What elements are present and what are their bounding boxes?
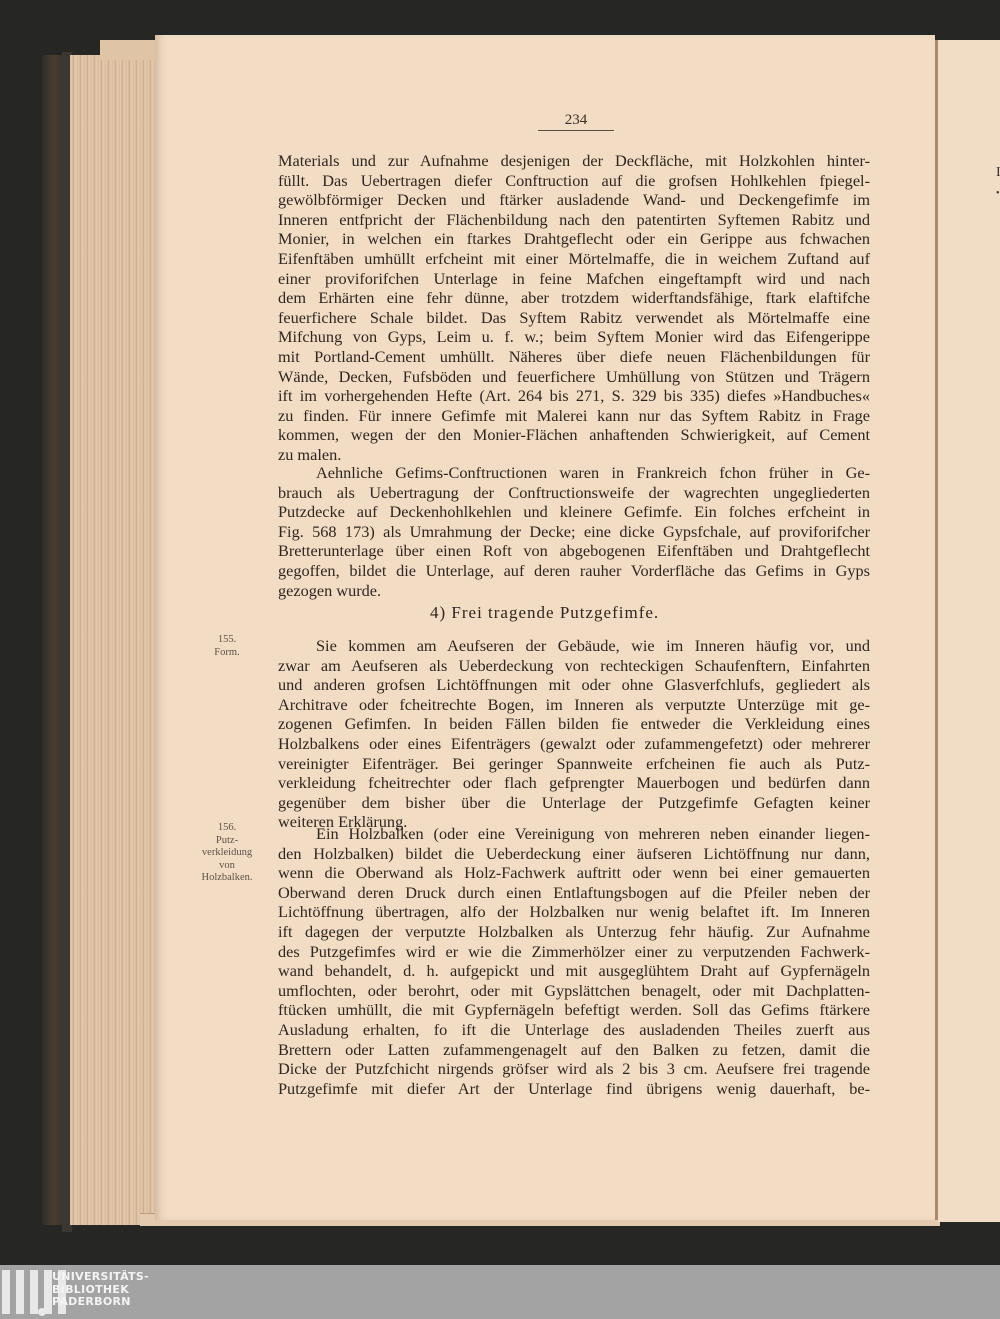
text-line: gegenüber dem bisher über die Unterlage … — [278, 793, 870, 813]
text-line: Aehnliche Gefims-Conftructionen waren in… — [278, 463, 870, 483]
text-line: Holzbalkens oder eines Eifenträgers (gew… — [278, 734, 870, 754]
text-line: verkleidung fcheitrechter oder flach gef… — [278, 773, 870, 793]
facing-page-glyph: • — [996, 188, 1000, 199]
margin-note-label: Holzbalken. — [192, 872, 262, 885]
text-line: Oberwand deren Druck durch einen Entlaft… — [278, 883, 870, 903]
text-line: kommen, wegen der den Monier-Flächen anh… — [278, 425, 870, 445]
paragraph-1: Materials und zur Aufnahme desjenigen de… — [278, 151, 870, 465]
text-line: dem Erhärten eine fehr dünne, aber trotz… — [278, 288, 870, 308]
text-line: wenn die Oberwand als Holz-Fachwerk auft… — [278, 863, 870, 883]
text-line: Putzgefimfe mit diefer Art der Unterlage… — [278, 1079, 870, 1099]
text-line: gewölbförmiger Decken und ftärker auslad… — [278, 190, 870, 210]
text-line: Monier, in welchen ein ftarkes Drahtgefl… — [278, 229, 870, 249]
text-line: feuerfichere Schale bildet. Das Syftem R… — [278, 308, 870, 328]
margin-note-156: 156. Putz- verkleidung von Holzbalken. — [192, 822, 262, 885]
text-line: Mifchung von Gyps, Leim u. f. w.; beim S… — [278, 327, 870, 347]
text-line: brauch als Uebertragung der Conftruction… — [278, 483, 870, 503]
text-line: des Putzgefimfes wird er wie die Zimmerh… — [278, 942, 870, 962]
margin-note-label: von — [192, 860, 262, 873]
text-line: Materials und zur Aufnahme desjenigen de… — [278, 151, 870, 171]
text-line: vereinigter Eifenträger. Bei geringer Sp… — [278, 754, 870, 774]
text-line: mit Portland-Cement umhüllt. Näheres übe… — [278, 347, 870, 367]
margin-note-label: verkleidung — [192, 847, 262, 860]
page-number: 234 — [538, 112, 614, 129]
text-line: ftücken umhüllt, die mit Gypfernägeln be… — [278, 1000, 870, 1020]
library-logo-dot-icon — [38, 1308, 46, 1316]
margin-note-label: Form. — [192, 647, 262, 660]
facing-page-glyph: I — [996, 165, 1000, 181]
text-line: Architrave oder fcheitrechte Bogen, im I… — [278, 695, 870, 715]
text-line: Wände, Decken, Fufsböden und feuerficher… — [278, 367, 870, 387]
section-heading: 4) Frei tragende Putzgefimfe. — [430, 603, 659, 623]
text-line: Fig. 568 173) als Umrahmung der Decke; e… — [278, 522, 870, 542]
text-line: Dicke der Putzfchicht nirgends gröfser w… — [278, 1059, 870, 1079]
text-line: den Holzbalken) bildet die Ueberdeckung … — [278, 844, 870, 864]
text-line: einer proviforifchen Unterlage in feine … — [278, 269, 870, 289]
page-number-rule — [538, 130, 614, 131]
text-line: Lichtöffnung übertragen, alfo der Holzba… — [278, 902, 870, 922]
text-line: Sie kommen am Aeufseren der Gebäude, wie… — [278, 636, 870, 656]
logo-line: PADERBORN — [52, 1296, 149, 1309]
text-line: ift dagegen der verputzte Holzbalken als… — [278, 922, 870, 942]
text-line: zu malen. — [278, 445, 870, 465]
page-stack-top — [100, 40, 160, 60]
text-line: Brettern oder Latten zufammengenagelt au… — [278, 1040, 870, 1060]
text-line: umflochten, oder berohrt, oder mit Gypsl… — [278, 981, 870, 1001]
text-line: Bretterunterlage über einen Roft von abg… — [278, 541, 870, 561]
text-line: Putzdecke auf Deckenhohlkehlen und klein… — [278, 502, 870, 522]
margin-note-number: 156. — [192, 822, 262, 835]
text-line: gegoffen, bildet die Unterlage, auf dere… — [278, 561, 870, 581]
text-line: Inneren entfpricht der Flächenbildung na… — [278, 210, 870, 230]
text-line: und anderen grofsen Lichtöffnungen mit o… — [278, 675, 870, 695]
facing-page: I • — [938, 40, 1000, 1222]
text-line: Eifenftäben umhüllt erfcheint mit einer … — [278, 249, 870, 269]
paragraph-2: Aehnliche Gefims-Conftructionen waren in… — [278, 463, 870, 600]
page-stack-left — [70, 55, 160, 1225]
text-line: wand behandelt, d. h. aufgepickt und mit… — [278, 961, 870, 981]
paragraph-3: Sie kommen am Aeufseren der Gebäude, wie… — [278, 636, 870, 832]
text-line: zwar am Aeufseren als Ueberdeckung von r… — [278, 656, 870, 676]
library-footer — [0, 1265, 1000, 1319]
paragraph-4: Ein Holzbalken (oder eine Vereinigung vo… — [278, 824, 870, 1098]
text-line: zogenen Gefimfen. In beiden Fällen bilde… — [278, 714, 870, 734]
text-line: ift im vorhergehenden Hefte (Art. 264 bi… — [278, 386, 870, 406]
margin-note-label: Putz- — [192, 835, 262, 848]
logo-line: UNIVERSITÄTS- — [52, 1271, 149, 1284]
text-line: Ein Holzbalken (oder eine Vereinigung vo… — [278, 824, 870, 844]
library-logo-text: UNIVERSITÄTS- BIBLIOTHEK PADERBORN — [52, 1271, 149, 1309]
text-line: Ausladung erhalten, fo ift die Unterlage… — [278, 1020, 870, 1040]
text-line: gezogen wurde. — [278, 581, 870, 601]
margin-note-155: 155. Form. — [192, 634, 262, 659]
text-line: zu finden. Für innere Gefimfe mit Malere… — [278, 406, 870, 426]
margin-note-number: 155. — [192, 634, 262, 647]
text-line: füllt. Das Uebertragen diefer Conftructi… — [278, 171, 870, 191]
